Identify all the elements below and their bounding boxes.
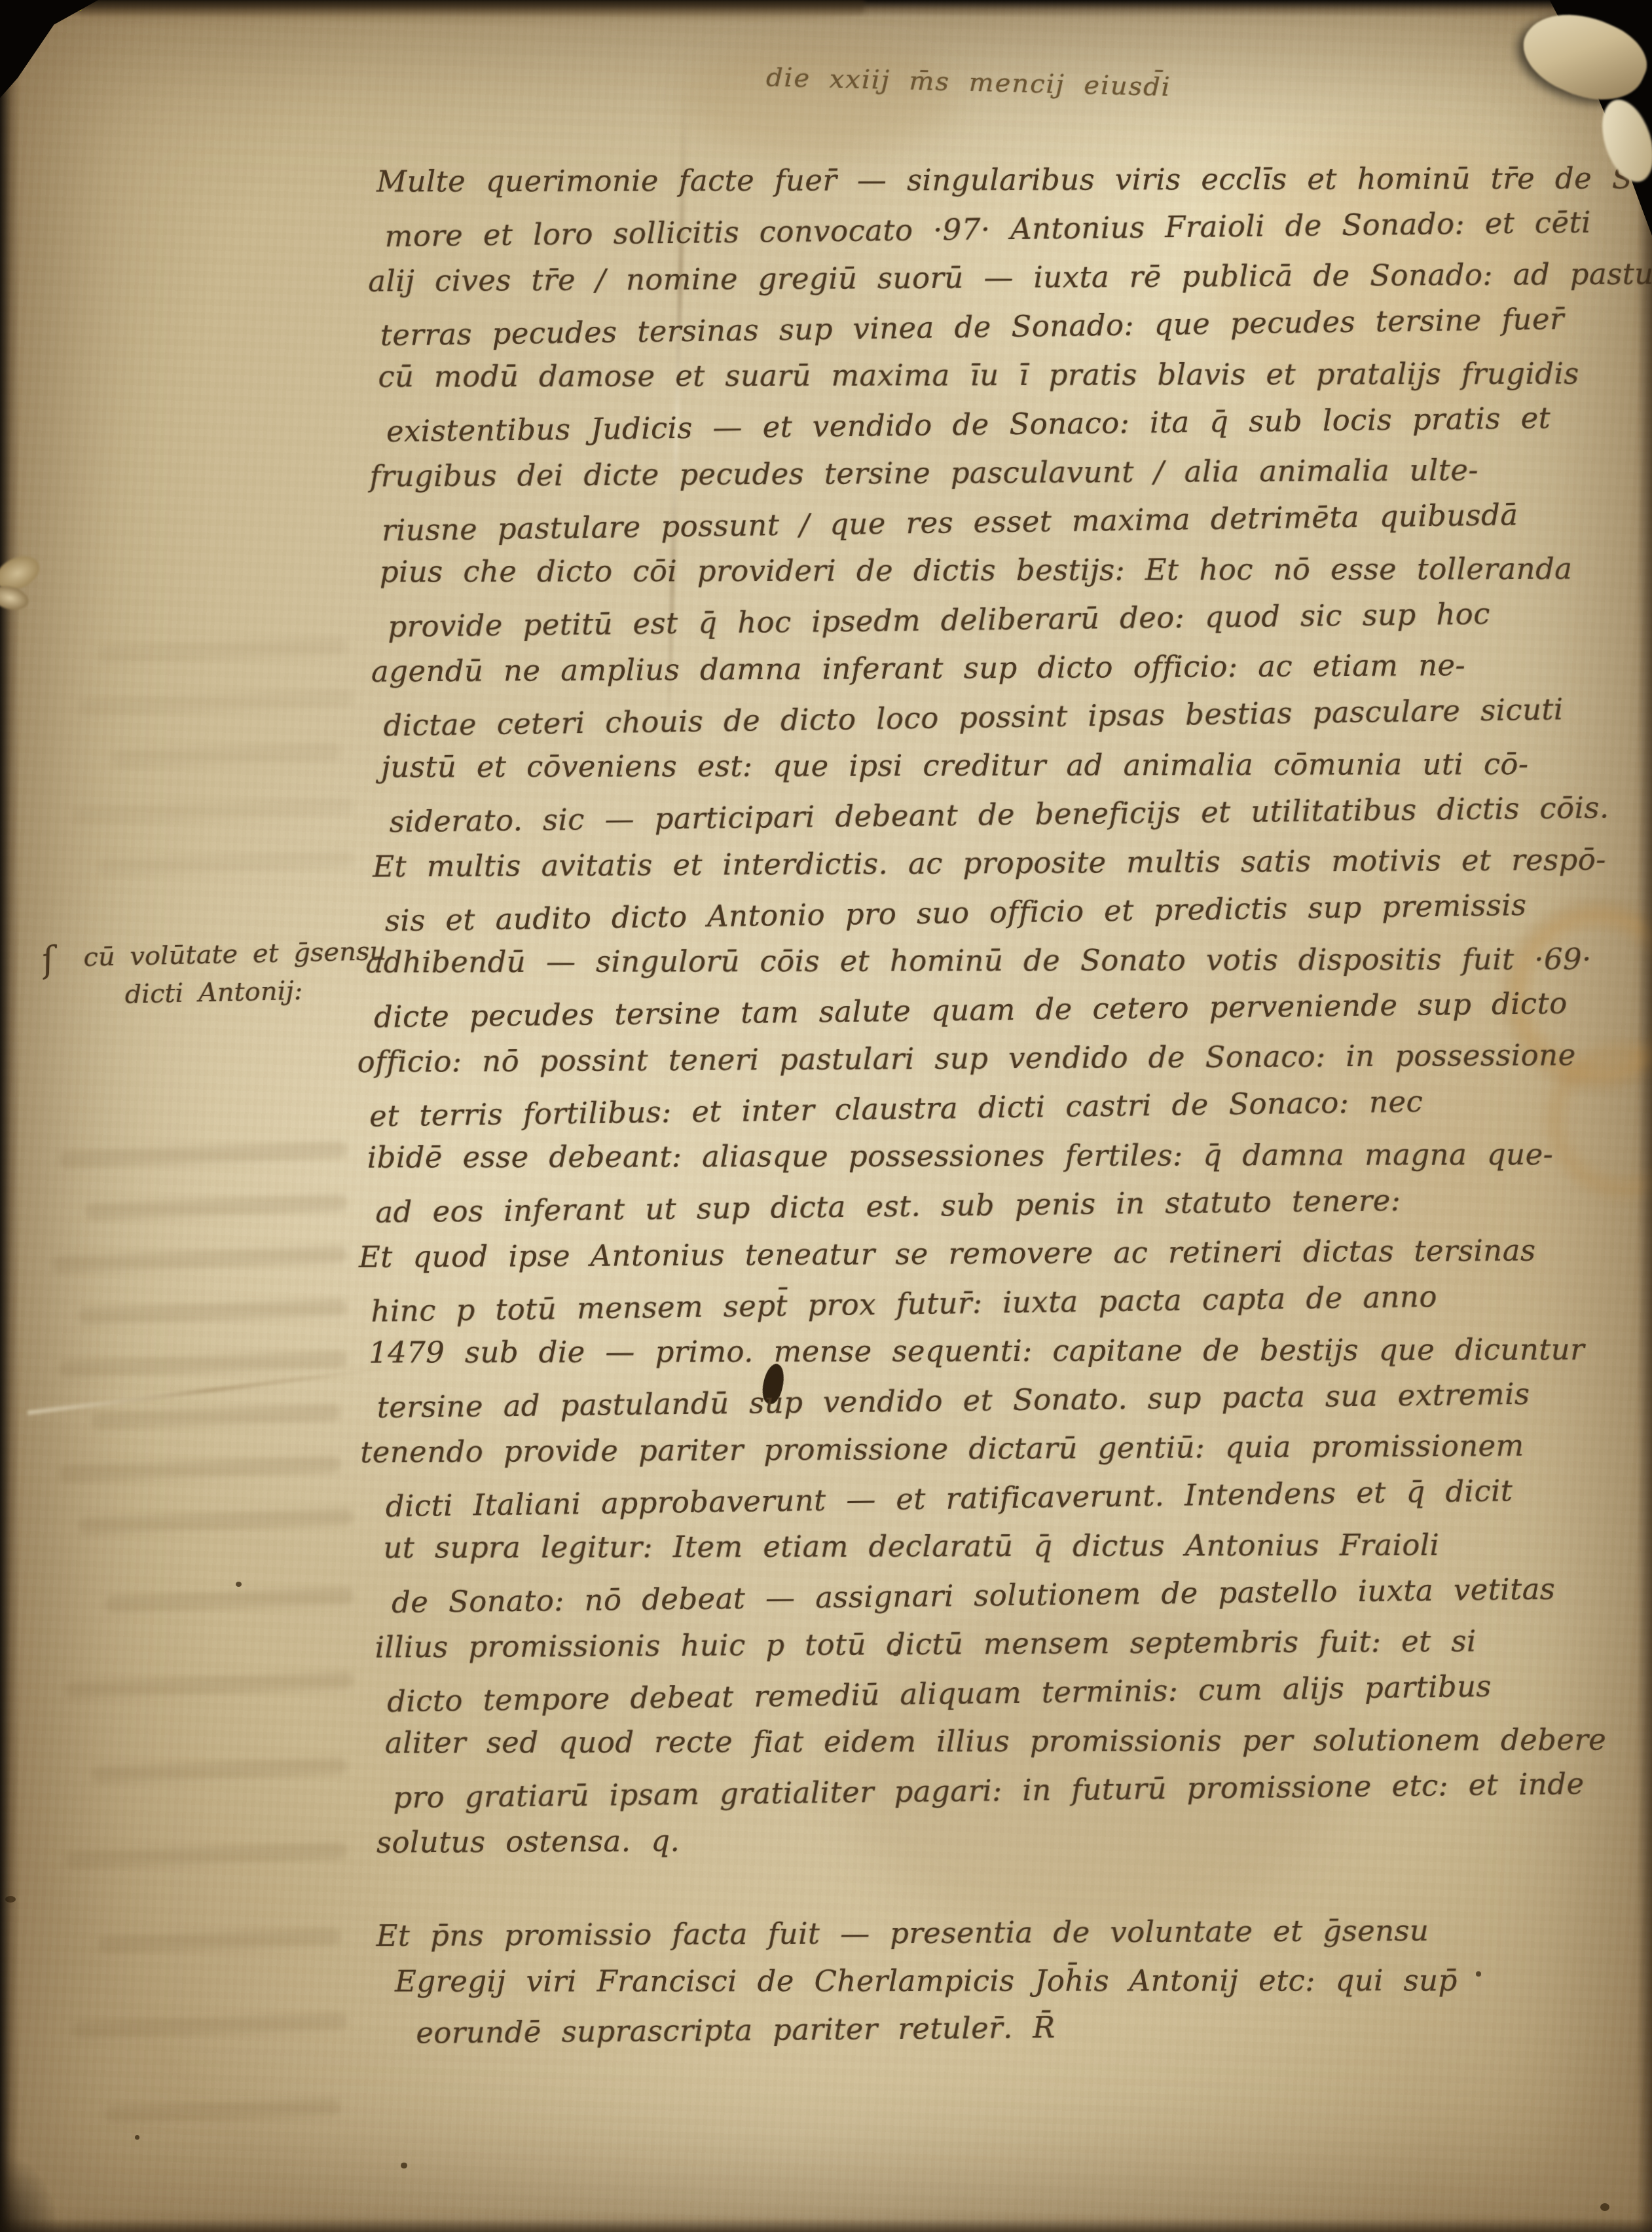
manuscript-line: pius che dicto cōi provideri de dictis b… bbox=[380, 544, 1643, 597]
speck bbox=[135, 2135, 139, 2140]
manuscript-line: aliter sed quod recte fiat eidem illius … bbox=[385, 1715, 1652, 1768]
manuscript-body-paragraph-2: Et p̄ns promissio facta fuit — presentia… bbox=[376, 1906, 1439, 2055]
manuscript-line: Et p̄ns promissio facta fuit — presentia… bbox=[376, 1906, 1439, 1960]
manuscript-line: ut supra legitur: Item etiam declaratū q… bbox=[383, 1520, 1651, 1572]
adjacent-page-edge bbox=[79, 0, 864, 22]
manuscript-line: 1479 sub die — primo. mense sequenti: ca… bbox=[369, 1326, 1649, 1378]
manuscript-line: solutus ostensa. q. bbox=[376, 1811, 1644, 1867]
speck bbox=[236, 1582, 242, 1587]
margin-note-line: dicti Antonij: bbox=[124, 970, 388, 1013]
speck bbox=[1476, 1971, 1481, 1977]
manuscript-scan: die xxiij m̄s mencij eiusd̄i 13 timedate… bbox=[0, 0, 1652, 2232]
manuscript-line: eorundē suprascripta pariter retuler̄. R… bbox=[416, 1999, 1478, 2056]
margin-note: cū volūtate et ḡsensu dicti Antonij: bbox=[83, 932, 388, 1014]
manuscript-body-paragraph-1: Multe querimonie facte fuer̄ — singulari… bbox=[376, 151, 1652, 1869]
speck bbox=[401, 2163, 407, 2168]
manuscript-line: Egregij viri Francisci de Cherlampicis J… bbox=[395, 1956, 1458, 2005]
shadow-corner-bottom-left bbox=[0, 2127, 79, 2232]
scan-edge-bottom bbox=[0, 2219, 1652, 2232]
manuscript-line: Multe querimonie facte fuer̄ — singulari… bbox=[376, 155, 1640, 207]
manuscript-line: adhibendū — singulorū cōis et hominū de … bbox=[365, 935, 1646, 988]
manuscript-line: ibidē esse debeant: aliasque possessione… bbox=[367, 1130, 1648, 1183]
manuscript-line: cū modū damose et suarū maxima īu ī prat… bbox=[378, 350, 1642, 402]
speck bbox=[1600, 2203, 1609, 2211]
scan-edge-right bbox=[1638, 0, 1652, 2232]
margin-note-line: cū volūtate et ḡsensu bbox=[83, 932, 387, 976]
scan-edge-left bbox=[0, 0, 20, 2232]
manuscript-line: justū et cōveniens est: que ipsi creditu… bbox=[381, 739, 1645, 792]
